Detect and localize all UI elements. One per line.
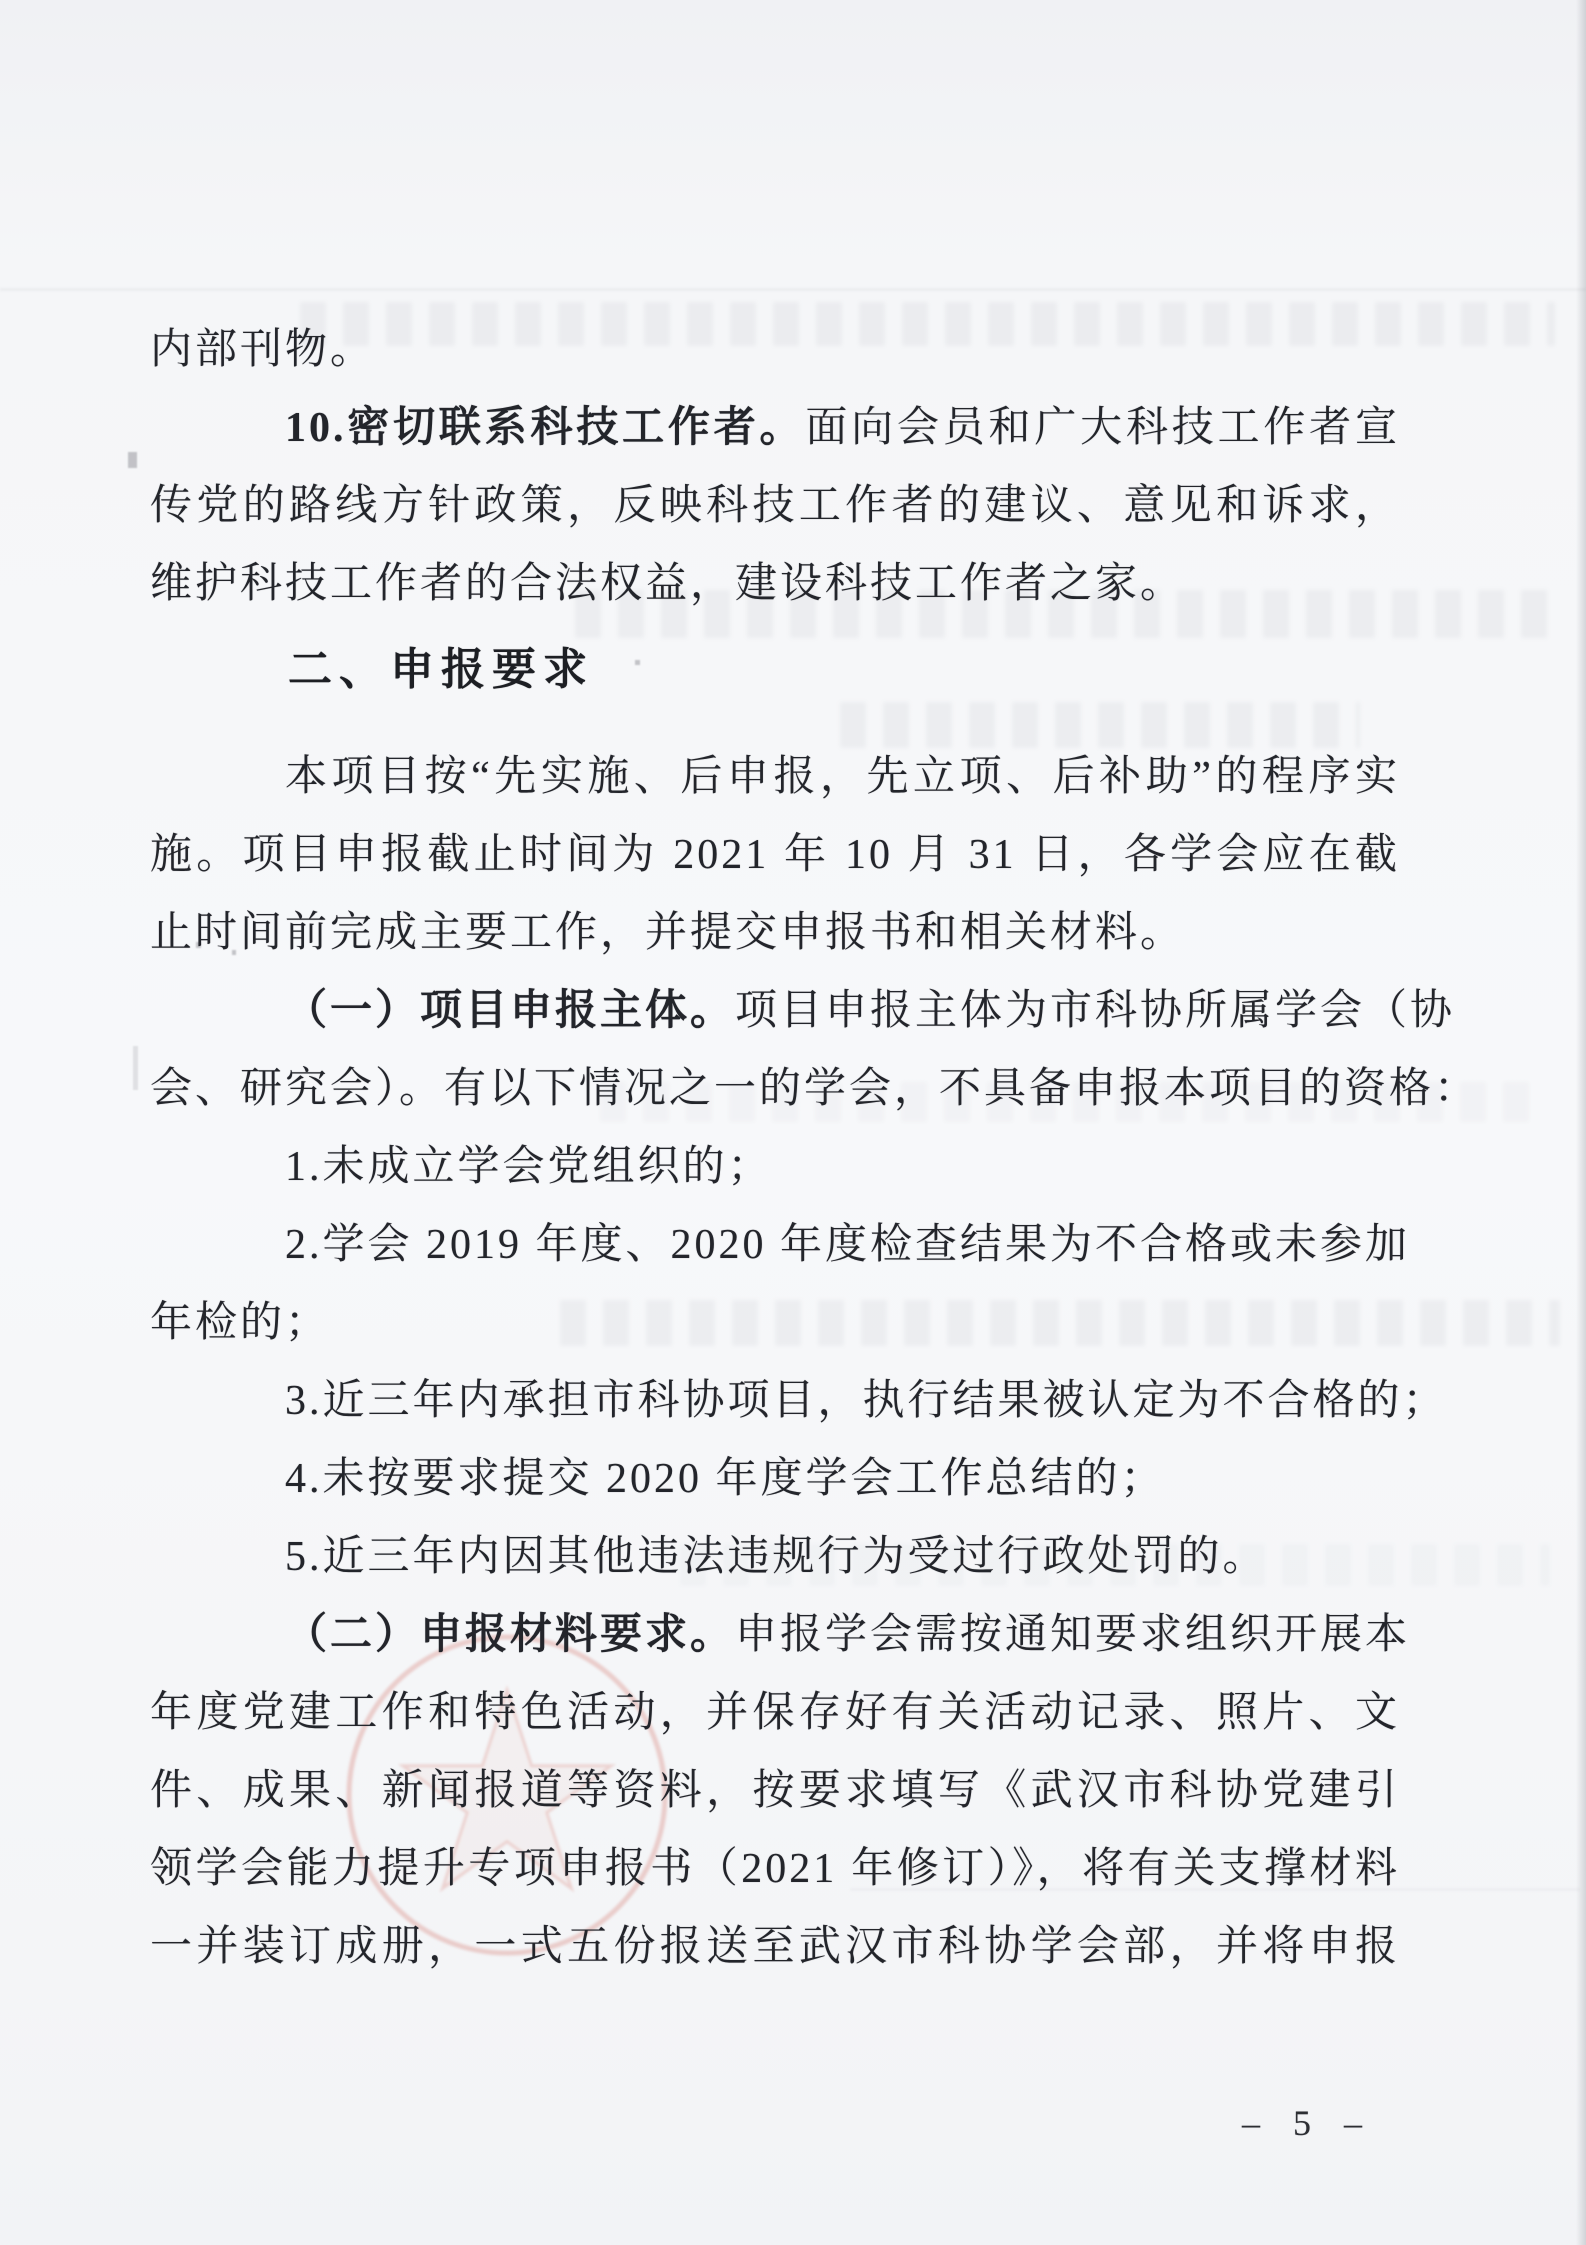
- bold-run: （二）申报材料要求。: [285, 1612, 735, 1658]
- text-line: 5.近三年内因其他违法违规行为受过行政处罚的。: [150, 1518, 1400, 1596]
- text-run: 5.近三年内因其他违法违规行为受过行政处罚的。: [285, 1534, 1268, 1580]
- text-run: 年度党建工作和特色活动，并保存好有关活动记录、照片、文: [150, 1690, 1400, 1736]
- page-number: – 5 –: [1242, 2102, 1374, 2144]
- text-run: 传党的路线方针政策，反映科技工作者的建议、意见和诉求，: [150, 483, 1400, 529]
- text-line: 年度党建工作和特色活动，并保存好有关活动记录、照片、文: [150, 1674, 1400, 1752]
- text-run: 3.近三年内承担市科协项目，执行结果被认定为不合格的；: [285, 1378, 1448, 1424]
- bold-run: （一）项目申报主体。: [285, 988, 735, 1034]
- text-line: 传党的路线方针政策，反映科技工作者的建议、意见和诉求，: [150, 467, 1400, 545]
- text-run: 本项目按“先实施、后申报，先立项、后补助”的程序实: [285, 754, 1400, 800]
- text-line: 2.学会 2019 年度、2020 年度检查结果为不合格或未参加: [150, 1206, 1400, 1284]
- text-line: 10.密切联系科技工作者。面向会员和广大科技工作者宣: [150, 389, 1400, 467]
- text-run: 会、研究会）。有以下情况之一的学会，不具备申报本项目的资格：: [150, 1066, 1479, 1112]
- scan-edge-shadow: [1576, 0, 1586, 2245]
- text-line: 领学会能力提升专项申报书（2021 年修订）》，将有关支撑材料: [150, 1830, 1400, 1908]
- text-line: 一并装订成册，一式五份报送至武汉市科协学会部，并将申报: [150, 1908, 1400, 1986]
- scanned-document-page: 内部刊物。 10.密切联系科技工作者。面向会员和广大科技工作者宣 传党的路线方针…: [0, 0, 1586, 2245]
- text-line: （二）申报材料要求。申报学会需按通知要求组织开展本: [150, 1596, 1400, 1674]
- scan-speck: [133, 1046, 138, 1090]
- text-run: 止时间前完成主要工作，并提交申报书和相关材料。: [150, 910, 1185, 956]
- text-line: 会、研究会）。有以下情况之一的学会，不具备申报本项目的资格：: [150, 1050, 1400, 1128]
- text-run: 件、成果、新闻报道等资料，按要求填写《武汉市科协党建引: [150, 1768, 1400, 1814]
- bold-run: 10.密切联系科技工作者。: [285, 405, 805, 451]
- scan-speck: [128, 452, 137, 468]
- text-line: 止时间前完成主要工作，并提交申报书和相关材料。: [150, 894, 1400, 972]
- text-run: 4.未按要求提交 2020 年度学会工作总结的；: [285, 1456, 1166, 1502]
- text-run: 一并装订成册，一式五份报送至武汉市科协学会部，并将申报: [150, 1924, 1400, 1970]
- bold-run: 二、申报要求: [288, 645, 594, 694]
- text-run: 施。项目申报截止时间为 2021 年 10 月 31 日，各学会应在截: [150, 832, 1400, 878]
- text-line: 施。项目申报截止时间为 2021 年 10 月 31 日，各学会应在截: [150, 816, 1400, 894]
- text-run: 1.未成立学会党组织的；: [285, 1144, 773, 1190]
- section-heading: 二、申报要求: [150, 631, 1400, 709]
- text-run: 申报学会需按通知要求组织开展本: [735, 1612, 1410, 1658]
- text-run: 2.学会 2019 年度、2020 年度检查结果为不合格或未参加: [285, 1222, 1410, 1268]
- text-run: 维护科技工作者的合法权益，建设科技工作者之家。: [150, 561, 1185, 607]
- text-line: 3.近三年内承担市科协项目，执行结果被认定为不合格的；: [150, 1362, 1400, 1440]
- text-run: 面向会员和广大科技工作者宣: [805, 405, 1400, 451]
- text-line: 4.未按要求提交 2020 年度学会工作总结的；: [150, 1440, 1400, 1518]
- text-line: 本项目按“先实施、后申报，先立项、后补助”的程序实: [150, 738, 1400, 816]
- text-line: 维护科技工作者的合法权益，建设科技工作者之家。: [150, 545, 1400, 623]
- text-line: 1.未成立学会党组织的；: [150, 1128, 1400, 1206]
- text-line: 年检的；: [150, 1284, 1400, 1362]
- text-run: 内部刊物。: [150, 327, 375, 373]
- document-body: 内部刊物。 10.密切联系科技工作者。面向会员和广大科技工作者宣 传党的路线方针…: [150, 311, 1400, 1986]
- text-line: （一）项目申报主体。项目申报主体为市科协所属学会（协: [150, 972, 1400, 1050]
- text-line: 件、成果、新闻报道等资料，按要求填写《武汉市科协党建引: [150, 1752, 1400, 1830]
- scan-crease-line: [0, 288, 1586, 291]
- text-run: 项目申报主体为市科协所属学会（协: [735, 988, 1455, 1034]
- text-run: 领学会能力提升专项申报书（2021 年修订）》，将有关支撑材料: [150, 1846, 1400, 1892]
- text-line: 内部刊物。: [150, 311, 1400, 389]
- text-run: 年检的；: [150, 1300, 330, 1346]
